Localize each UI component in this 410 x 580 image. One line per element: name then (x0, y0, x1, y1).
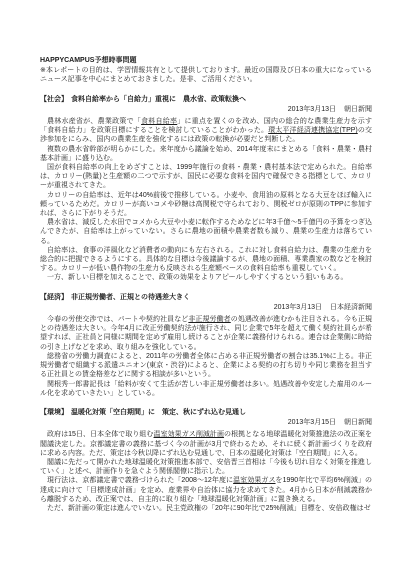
paragraph-text: 国が食料自給率の向上をめざすことは、1999年施行の食料・農業・農村基本法で定め… (40, 164, 372, 189)
article-body: 今春の労使交渉では、パートや契約社員など非正規労働者の処遇改善が進むかも注目され… (40, 315, 372, 398)
article-dateline: 2013年3月15日朝日新聞 (40, 418, 372, 427)
report-note: ※本レポートの目的は、学習情報共有として提供しております。最近の国際及び日本の重… (40, 66, 372, 84)
article-category: 【経済】 (40, 294, 68, 301)
paragraph-text: 一方、新しい目標を加えることで、政策の効果をよりアピールしやすくするという狙いも… (47, 274, 347, 281)
article-category: 【社会】 (40, 96, 68, 103)
article-dateline: 2013年3月13日朝日新聞 (40, 105, 372, 114)
article-paragraph: 閣議に先だって開かれた地球温暖化対策推進本部で、安倍晋三首相は「今後も切れ目なく… (40, 458, 372, 476)
underlined-term: 温室効果ガス (233, 477, 275, 484)
article: 【社会】食料自給率から「自給力」重視に 農水省、政策転換へ 2013年3月13日… (40, 95, 372, 283)
article-source: 朝日新聞 (344, 419, 372, 426)
report-title: HAPPYCAMPUS予想時事問題 (40, 56, 372, 65)
article: 【環境】温暖化対策「空白期間」に 策定、秋にずれ込む見通し 2013年3月15日… (40, 408, 372, 513)
paragraph-text: 政府は15日、日本全体で取り組む (47, 431, 154, 438)
paragraph-text: 農水省は、減反した水田でコメから大豆や小麦に転作するためなどに年3千億～5千億円… (40, 219, 372, 244)
paragraph-text: 農林水産省が、農業政策で「 (47, 118, 141, 125)
underlined-term: 非正規労働者 (188, 316, 230, 323)
article-paragraph: カロリーの自給率は、近年は40%前後で推移している。小麦や、食用油の原料となる大… (40, 191, 372, 219)
article-paragraph: 複数の農水省幹部が明らかにした。来年度から議論を始め、2014年度末にまとめる「… (40, 145, 372, 163)
article-paragraph: 現行法は、京都議定書で義務づけられた「2008～12年度に温室効果ガスを1990… (40, 476, 372, 504)
article-body: 政府は15日、日本全体で取り組む温室効果ガス削減計画の根拠となる地球温暖化対策推… (40, 430, 372, 513)
article-date: 2013年3月15日 (288, 419, 336, 426)
article-category: 【環境】 (40, 409, 68, 416)
paragraph-text: 関根秀一郎書記長は「給料が安くて生活が苦しい非正規労働者は多い。処遇改善や安定し… (40, 381, 372, 397)
articles-container: 【社会】食料自給率から「自給力」重視に 農水省、政策転換へ 2013年3月13日… (40, 95, 372, 514)
article-body: 農林水産省が、農業政策で「食料自給率」に重点を置くのを改め、国内の総合的な農業生… (40, 117, 372, 283)
paragraph-text: 閣議に先だって開かれた地球温暖化対策推進本部で、安倍晋三首相は「今後も切れ目なく… (40, 459, 372, 475)
paragraph-text: 今春の労使交渉では、パートや契約社員など (47, 316, 188, 323)
article-heading: 【経済】非正規労働者、正規との待遇差大きく (40, 293, 372, 302)
article-title: 食料自給率から「自給力」重視に 農水省、政策転換へ (71, 96, 246, 103)
paragraph-text: ただ、新計画の策定は進んでいない。民主党政権の「20年に90年比で25%削減」目… (47, 505, 371, 512)
article-paragraph: 自給率は、食事の洋風化など消費者の動向にも左右される。これに対し食料自給力は、農… (40, 246, 372, 274)
paragraph-text: 現行法は、京都議定書で義務づけられた「2008～12年度に (47, 477, 233, 484)
paragraph-text: カロリーの自給率は、近年は40%前後で推移している。小麦や、食用油の原料となる大… (40, 192, 372, 217)
article-title: 非正規労働者、正規との待遇差大きく (71, 294, 190, 301)
article-heading: 【環境】温暖化対策「空白期間」に 策定、秋にずれ込む見通し (40, 408, 372, 417)
article-paragraph: 関根秀一郎書記長は「給料が安くて生活が苦しい非正規労働者は多い。処遇改善や安定し… (40, 380, 372, 398)
article-paragraph: 政府は15日、日本全体で取り組む温室効果ガス削減計画の根拠となる地球温暖化対策推… (40, 430, 372, 458)
article-paragraph: 今春の労使交渉では、パートや契約社員など非正規労働者の処遇改善が進むかも注目され… (40, 315, 372, 352)
paragraph-text: 複数の農水省幹部が明らかにした。来年度から議論を始め、2014年度末にまとめる「… (40, 146, 372, 162)
article-paragraph: ただ、新計画の策定は進んでいない。民主党政権の「20年に90年比で25%削減」目… (40, 504, 372, 513)
paragraph-text: 自給率は、食事の洋風化など消費者の動向にも左右される。これに対し食料自給力は、農… (40, 247, 372, 272)
article-title: 温暖化対策「空白期間」に 策定、秋にずれ込む見通し (71, 409, 246, 416)
article-paragraph: 農水省は、減反した水田でコメから大豆や小麦に転作するためなどに年3千億～5千億円… (40, 218, 372, 246)
article-paragraph: 農林水産省が、農業政策で「食料自給率」に重点を置くのを改め、国内の総合的な農業生… (40, 117, 372, 145)
article-date: 2013年3月13日 (274, 304, 322, 311)
article-paragraph: 一方、新しい目標を加えることで、政策の効果をよりアピールしやすくするという狙いも… (40, 273, 372, 282)
article-heading: 【社会】食料自給率から「自給力」重視に 農水省、政策転換へ (40, 95, 372, 104)
article-paragraph: 国が食料自給率の向上をめざすことは、1999年施行の食料・農業・農村基本法で定め… (40, 163, 372, 191)
article-dateline: 2013年3月13日日本経済新聞 (40, 303, 372, 312)
article-date: 2013年3月13日 (288, 106, 336, 113)
article-source: 朝日新聞 (344, 106, 372, 113)
underlined-term: 環太平洋経済連携協定(TPP) (268, 127, 358, 134)
article: 【経済】非正規労働者、正規との待遇差大きく 2013年3月13日日本経済新聞 今… (40, 293, 372, 398)
paragraph-text: 総務省の労働力調査によると、2011年の労働者全体に占める非正規労働者の割合は3… (40, 353, 372, 378)
underlined-term: 温室効果ガス削減計画 (154, 431, 225, 438)
underlined-term: 食料自給率 (141, 118, 177, 125)
article-source: 日本経済新聞 (330, 304, 372, 311)
article-paragraph: 総務省の労働力調査によると、2011年の労働者全体に占める非正規労働者の割合は3… (40, 352, 372, 380)
document-page: HAPPYCAMPUS予想時事問題 ※本レポートの目的は、学習情報共有として提供… (0, 0, 410, 580)
